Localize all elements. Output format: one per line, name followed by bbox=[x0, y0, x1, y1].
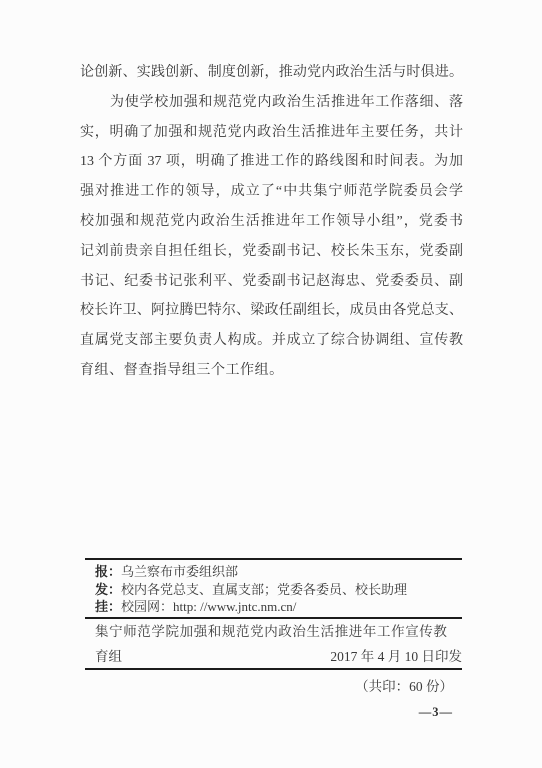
posted-on-label: 挂： bbox=[95, 599, 121, 614]
body-line: 校加强和规范党内政治生活推进年工作领导小组”，党委书 bbox=[80, 207, 463, 237]
body-line: 直属党支部主要负责人构成。并成立了综合协调组、宣传教 bbox=[80, 326, 463, 356]
body-text: 论创新、实践创新、制度创新，推动党内政治生活与时俱进。 为使学校加强和规范党内政… bbox=[80, 58, 463, 386]
footer-divider-middle bbox=[85, 617, 462, 619]
body-line: 实，明确了加强和规范党内政治生活推进年主要任务，共计 bbox=[80, 118, 463, 148]
posted-on-value: 校园网：http: //www.jntc.nm.cn/ bbox=[121, 599, 296, 614]
issued-to-value: 校内各党总支、直属支部；党委各委员、校长助理 bbox=[121, 582, 407, 597]
footer-divider-bottom bbox=[85, 668, 462, 670]
print-date: 2017 年 4 月 10 日印发 bbox=[330, 648, 462, 666]
body-line: 13 个方面 37 项，明确了推进工作的路线图和时间表。为加 bbox=[80, 147, 463, 177]
body-line: 校长许卫、阿拉腾巴特尔、梁政任副组长，成员由各党总支、 bbox=[80, 296, 463, 326]
distribution-rows: 报：乌兰察布市委组织部 发：校内各党总支、直属支部；党委各委员、校长助理 挂：校… bbox=[85, 560, 462, 617]
body-line: 强对推进工作的领导，成立了“中共集宁师范学院委员会学 bbox=[80, 177, 463, 207]
issuer-date-row: 育组 2017 年 4 月 10 日印发 bbox=[85, 648, 462, 666]
page-number: —3— bbox=[419, 705, 453, 720]
body-line: 育组、督查指导组三个工作组。 bbox=[80, 356, 463, 386]
report-to-label: 报： bbox=[95, 564, 121, 579]
issued-to-row: 发：校内各党总支、直属支部；党委各委员、校长助理 bbox=[95, 581, 462, 599]
copies-count: （共印：60 份） bbox=[85, 678, 462, 695]
report-to-row: 报：乌兰察布市委组织部 bbox=[95, 563, 462, 581]
body-line: 为使学校加强和规范党内政治生活推进年工作落细、落 bbox=[80, 88, 463, 118]
document-page: 论创新、实践创新、制度创新，推动党内政治生活与时俱进。 为使学校加强和规范党内政… bbox=[0, 0, 542, 768]
posted-on-row: 挂：校园网：http: //www.jntc.nm.cn/ bbox=[95, 598, 462, 616]
report-to-value: 乌兰察布市委组织部 bbox=[121, 564, 238, 579]
issuer-line-continuation: 育组 bbox=[95, 648, 122, 666]
body-line: 书记、纪委书记张利平、党委副书记赵海忠、党委委员、副 bbox=[80, 267, 463, 297]
body-line: 记刘前贵亲自担任组长，党委副书记、校长朱玉东，党委副 bbox=[80, 237, 463, 267]
body-line: 论创新、实践创新、制度创新，推动党内政治生活与时俱进。 bbox=[80, 58, 463, 88]
footer-block: 报：乌兰察布市委组织部 发：校内各党总支、直属支部；党委各委员、校长助理 挂：校… bbox=[85, 558, 462, 695]
issued-to-label: 发： bbox=[95, 582, 121, 597]
issuer-line: 集宁师范学院加强和规范党内政治生活推进年工作宣传教 bbox=[85, 623, 462, 641]
